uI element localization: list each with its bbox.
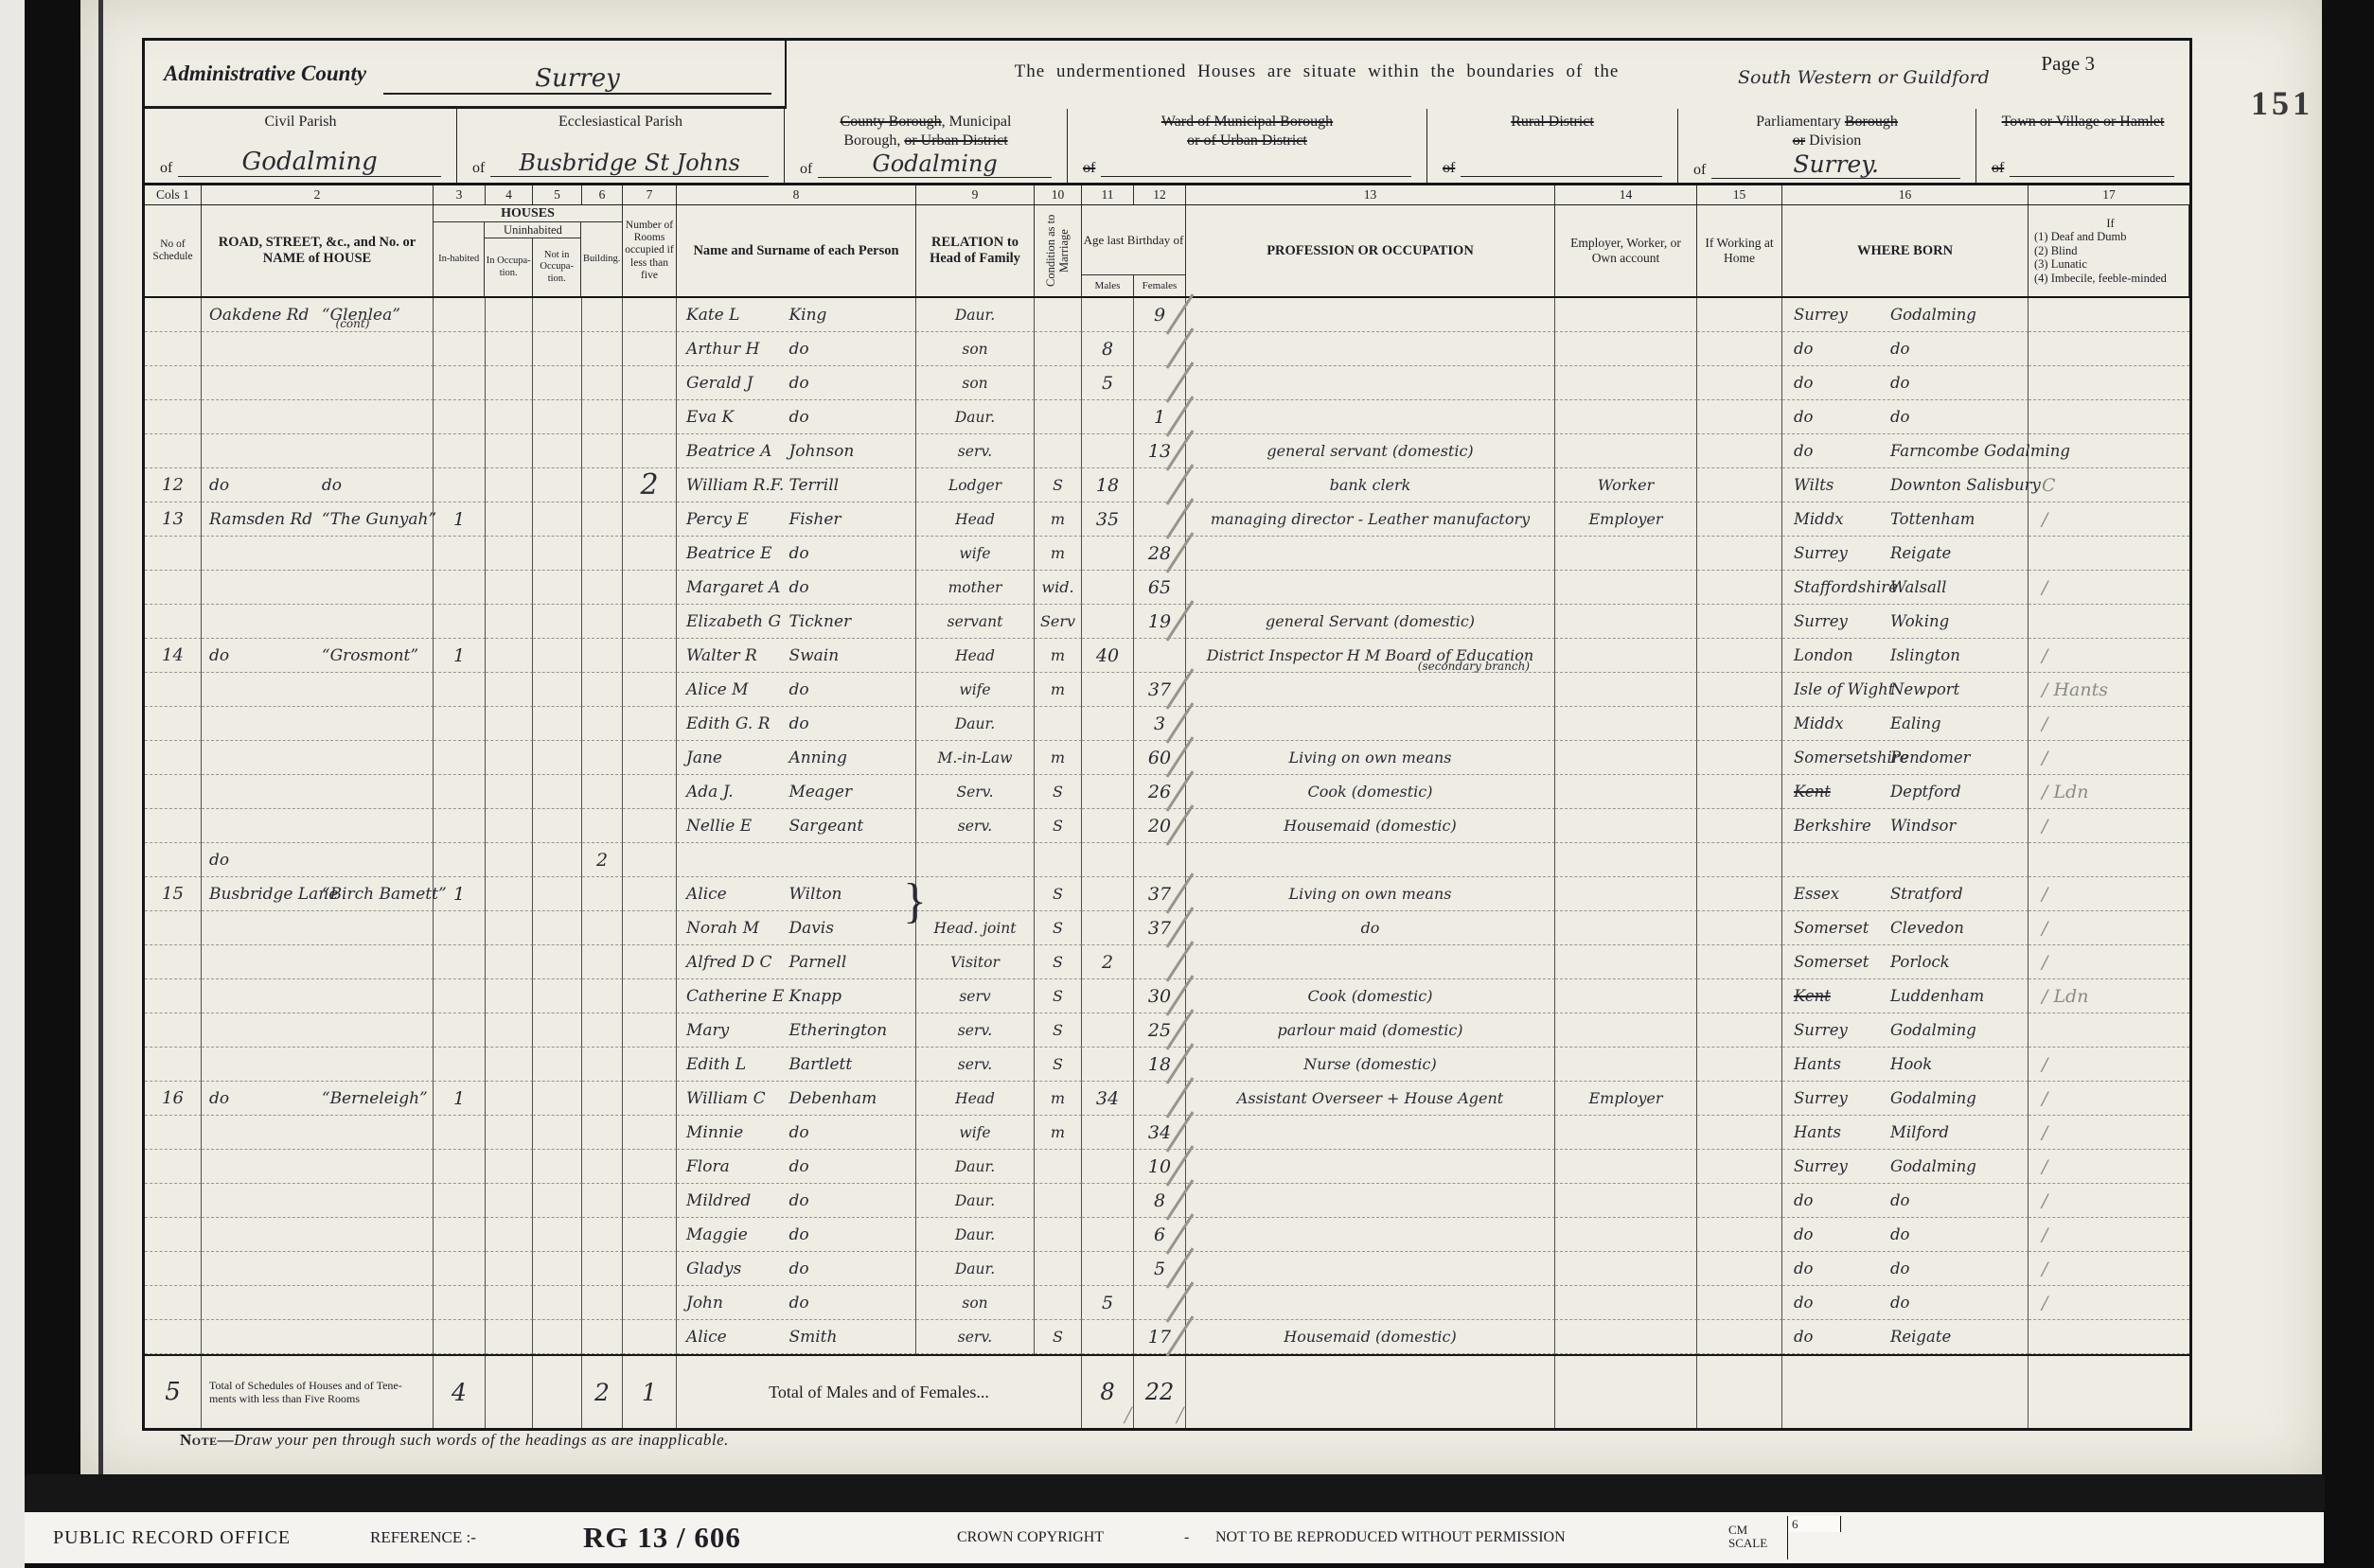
age-male-cell (1082, 537, 1134, 571)
condition-cell (1035, 1218, 1082, 1252)
working-at-home-cell (1697, 468, 1782, 502)
col-number: Cols 1 (145, 185, 202, 204)
header-profession: PROFESSION OR OCCUPATION (1186, 205, 1555, 296)
occupation-cell: Living on own means (1186, 741, 1555, 775)
age-male-cell (1082, 298, 1134, 332)
address-cell (202, 945, 434, 979)
in-occupation-cell (486, 979, 533, 1013)
condition-cell: S (1035, 775, 1082, 809)
working-at-home-cell (1697, 843, 1782, 877)
schedule-cell (145, 1252, 202, 1286)
address-cell (202, 1116, 434, 1150)
borough-label: County Borough, Municipal Borough, or Ur… (790, 113, 1061, 150)
condition-cell: S (1035, 1048, 1082, 1082)
infirmity-cell: / (2029, 1286, 2189, 1320)
not-in-occupation-cell (533, 775, 582, 809)
name-cell: Beatrice Edo} (677, 537, 916, 571)
rooms-cell (623, 366, 677, 400)
schedule-cell (145, 434, 202, 468)
age-male-cell (1082, 673, 1134, 707)
birthplace-cell: SurreyGodalming (1782, 1082, 2029, 1116)
of-word: of (1992, 160, 2004, 177)
borough-value: Godalming (818, 150, 1052, 178)
employer-cell (1555, 1252, 1697, 1286)
rooms-cell (623, 1150, 677, 1184)
in-occupation-cell (486, 1218, 533, 1252)
census-row: 14 do“Grosmont” 1 Walter RSwain} Head m … (145, 639, 2189, 673)
in-occupation-cell (486, 1320, 533, 1354)
address-cell (202, 911, 434, 945)
census-row: Elizabeth GTickner} servant Serv 19 gene… (145, 605, 2189, 639)
census-row: Minniedo} wife m 34 HantsMilford / (145, 1116, 2189, 1150)
name-cell: Catherine EKnapp} (677, 979, 916, 1013)
condition-cell: m (1035, 502, 1082, 537)
birthplace-cell: HantsMilford (1782, 1116, 2029, 1150)
age-female-cell (1134, 639, 1186, 673)
employer-cell (1555, 979, 1697, 1013)
employer-cell (1555, 537, 1697, 571)
census-row: Florado} Daur. 10 SurreyGodalming / (145, 1150, 2189, 1184)
condition-cell (1035, 298, 1082, 332)
town-village-value (2010, 153, 2174, 177)
not-in-occupation-cell (533, 1116, 582, 1150)
building-cell (582, 877, 623, 911)
schedule-cell (145, 979, 202, 1013)
building-cell (582, 298, 623, 332)
totals-males-females-label: Total of Males and of Females... (677, 1356, 1082, 1428)
totals-rooms: 1 (642, 1379, 657, 1406)
name-cell: Maggiedo} (677, 1218, 916, 1252)
working-at-home-cell (1697, 1150, 1782, 1184)
birthplace-cell: SurreyGodalming (1782, 1150, 2029, 1184)
building-cell (582, 775, 623, 809)
address-cell (202, 571, 434, 605)
birthplace-cell: doReigate (1782, 1320, 2029, 1354)
relation-cell: Head (916, 1082, 1035, 1116)
name-cell: Alice Mdo} (677, 673, 916, 707)
census-row: Norah MDavis} Head. joint S 37 do Somers… (145, 911, 2189, 945)
working-at-home-cell (1697, 1218, 1782, 1252)
in-occupation-cell (486, 1252, 533, 1286)
working-at-home-cell (1697, 1013, 1782, 1048)
crown-copyright-label: CROWN COPYRIGHT (957, 1529, 1104, 1546)
of-word: of (1693, 162, 1706, 179)
relation-cell: Visitor (916, 945, 1035, 979)
totals-females: 22 (1145, 1379, 1175, 1405)
condition-cell: m (1035, 673, 1082, 707)
in-occupation-cell (486, 1013, 533, 1048)
building-cell (582, 332, 623, 366)
relation-cell: mother (916, 571, 1035, 605)
census-row: Beatrice AJohnson} serv. 13 general serv… (145, 434, 2189, 468)
relation-cell: serv. (916, 809, 1035, 843)
name-cell: Beatrice AJohnson} (677, 434, 916, 468)
building-cell (582, 741, 623, 775)
rooms-cell (623, 1116, 677, 1150)
employer-cell (1555, 400, 1697, 434)
header-name-surname: Name and Surname of each Person (677, 205, 916, 296)
not-in-occupation-cell (533, 468, 582, 502)
rooms-cell (623, 1013, 677, 1048)
census-row: Catherine EKnapp} serv S 30 Cook (domest… (145, 979, 2189, 1013)
address-cell (202, 537, 434, 571)
age-male-cell: 40 (1082, 639, 1134, 673)
schedule-cell: 12 (145, 468, 202, 502)
relation-cell: servant (916, 605, 1035, 639)
not-in-occupation-cell (533, 571, 582, 605)
infirmity-cell: / (2029, 809, 2189, 843)
header-uninhabited: Uninhabited (485, 222, 580, 238)
in-occupation-cell (486, 332, 533, 366)
building-cell (582, 1048, 623, 1082)
schedule-cell: 16 (145, 1082, 202, 1116)
condition-cell (1035, 1252, 1082, 1286)
reference-label: REFERENCE :- (370, 1528, 476, 1547)
occupation-cell: Housemaid (domestic) (1186, 809, 1555, 843)
rooms-cell (623, 605, 677, 639)
inhabited-cell (434, 707, 486, 741)
name-cell: Edith LBartlett} (677, 1048, 916, 1082)
census-row: Maggiedo} Daur. 6 dodo / (145, 1218, 2189, 1252)
in-occupation-cell (486, 571, 533, 605)
in-occupation-cell (486, 434, 533, 468)
relation-cell: serv (916, 979, 1035, 1013)
address-cell (202, 1218, 434, 1252)
infirmity-cell: / (2029, 1116, 2189, 1150)
occupation-cell (1186, 1184, 1555, 1218)
parliamentary-col: Parliamentary Borough or Division of Sur… (1678, 109, 1976, 183)
pro-reference-bar: PUBLIC RECORD OFFICE REFERENCE :- RG 13 … (25, 1512, 2324, 1563)
building-cell (582, 366, 623, 400)
relation-cell (916, 843, 1035, 877)
header-houses: HOUSES (434, 205, 622, 222)
header-in-occupation: In Occupa-tion. (485, 238, 532, 296)
condition-cell (1035, 707, 1082, 741)
relation-cell: wife (916, 1116, 1035, 1150)
birthplace-cell: HantsHook (1782, 1048, 2029, 1082)
rooms-cell (623, 911, 677, 945)
birthplace-cell: MiddxTottenham (1782, 502, 2029, 537)
occupation-cell (1186, 298, 1555, 332)
working-at-home-cell (1697, 434, 1782, 468)
column-numbers-strip: Cols 1 2 3 4 5 6 7 8 9 10 11 12 13 14 15… (145, 185, 2189, 205)
occupation-cell (1186, 1116, 1555, 1150)
civil-parish-col: Civil Parish of Godalming (145, 109, 457, 183)
occupation-cell (1186, 1150, 1555, 1184)
rooms-cell (623, 537, 677, 571)
relation-cell: serv. (916, 1048, 1035, 1082)
separator-dash: - (1184, 1529, 1189, 1546)
census-row: Eva Kdo} Daur. 1 dodo (145, 400, 2189, 434)
working-at-home-cell (1697, 502, 1782, 537)
building-cell (582, 1150, 623, 1184)
address-cell (202, 809, 434, 843)
inhabited-cell (434, 1218, 486, 1252)
ecclesiastical-parish-label: Ecclesiastical Parish (463, 113, 778, 132)
name-cell: Arthur Hdo} (677, 332, 916, 366)
not-in-occupation-cell (533, 877, 582, 911)
in-occupation-cell (486, 1150, 533, 1184)
occupation-cell (1186, 1218, 1555, 1252)
infirmity-cell: / (2029, 741, 2189, 775)
infirmity-cell: / (2029, 571, 2189, 605)
name-cell: Eva Kdo} (677, 400, 916, 434)
ward-label: Ward of Municipal Borough or of Urban Di… (1073, 113, 1421, 150)
name-cell: Walter RSwain} (677, 639, 916, 673)
civil-parish-value: Godalming (178, 148, 441, 177)
age-male-cell: 35 (1082, 502, 1134, 537)
employer-cell (1555, 809, 1697, 843)
scan-shadow-band (25, 1474, 2325, 1512)
working-at-home-cell (1697, 1116, 1782, 1150)
header-infirmity: If (1) Deaf and Dumb (2) Blind (3) Lunat… (2029, 205, 2189, 296)
condition-cell (1035, 434, 1082, 468)
employer-cell (1555, 945, 1697, 979)
census-row: Nellie ESargeant} serv. S 20 Housemaid (… (145, 809, 2189, 843)
civil-parish-label: Civil Parish (151, 113, 451, 132)
condition-cell (1035, 1184, 1082, 1218)
relation-cell: Daur. (916, 298, 1035, 332)
inhabited-cell (434, 1048, 486, 1082)
in-occupation-cell (486, 298, 533, 332)
building-cell (582, 1116, 623, 1150)
rooms-cell (623, 809, 677, 843)
rural-district-value (1461, 153, 1662, 177)
infirmity-cell (2029, 400, 2189, 434)
inhabited-cell (434, 741, 486, 775)
building-cell (582, 1218, 623, 1252)
rooms-cell (623, 502, 677, 537)
infirmity-cell (2029, 1320, 2189, 1354)
in-occupation-cell (486, 400, 533, 434)
schedule-cell (145, 605, 202, 639)
header-uninhabited-group: Uninhabited In Occupa-tion. Not in Occup… (485, 222, 581, 296)
infirmity-cell: / Ldn (2029, 979, 2189, 1013)
age-male-cell (1082, 1150, 1134, 1184)
in-occupation-cell (486, 1082, 533, 1116)
building-cell (582, 434, 623, 468)
census-row: do 2 } (145, 843, 2189, 877)
infirmity-cell: / (2029, 1184, 2189, 1218)
rooms-cell (623, 877, 677, 911)
infirmity-cell: / (2029, 639, 2189, 673)
relation-cell: serv. (916, 434, 1035, 468)
condition-cell: m (1035, 741, 1082, 775)
in-occupation-cell (486, 468, 533, 502)
inhabited-cell (434, 605, 486, 639)
infirmity-cell: / (2029, 502, 2189, 537)
birthplace-cell: StaffordshireWalsall (1782, 571, 2029, 605)
inhabited-cell: 1 (434, 877, 486, 911)
employer-cell (1555, 775, 1697, 809)
rooms-cell (623, 1184, 677, 1218)
working-at-home-cell (1697, 945, 1782, 979)
schedule-cell (145, 1048, 202, 1082)
in-occupation-cell (486, 605, 533, 639)
census-row: 15 Busbridge Lane“Birch Bamett” 1 AliceW… (145, 877, 2189, 911)
occupation-cell: Cook (domestic) (1186, 775, 1555, 809)
totals-building: 2 (594, 1379, 610, 1406)
working-at-home-cell (1697, 911, 1782, 945)
header-age-group: Age last Birthday of Males Females (1082, 205, 1186, 296)
relation-cell: Head (916, 502, 1035, 537)
in-occupation-cell (486, 843, 533, 877)
rooms-cell (623, 332, 677, 366)
infirmity-cell (2029, 434, 2189, 468)
age-male-cell: 2 (1082, 945, 1134, 979)
schedule-cell (145, 400, 202, 434)
age-male-cell (1082, 775, 1134, 809)
header-condition: Condition as to Marriage (1035, 205, 1082, 296)
census-row: 16 do“Berneleigh” 1 William CDebenham} H… (145, 1082, 2189, 1116)
inhabited-cell (434, 537, 486, 571)
birthplace-cell (1782, 843, 2029, 877)
building-cell (582, 945, 623, 979)
totals-inhabited: 4 (452, 1379, 467, 1406)
name-cell: MaryEtherington} (677, 1013, 916, 1048)
rooms-cell (623, 979, 677, 1013)
employer-cell (1555, 741, 1697, 775)
occupation-cell: Nurse (domestic) (1186, 1048, 1555, 1082)
infirmity-cell: / (2029, 945, 2189, 979)
header-inhabited: In-habited (434, 222, 485, 296)
inhabited-cell (434, 1320, 486, 1354)
employer-cell: Worker (1555, 468, 1697, 502)
col-number: 9 (916, 185, 1035, 204)
schedule-cell: 14 (145, 639, 202, 673)
ruler-cell: 6 (1788, 1516, 1841, 1532)
inhabited-cell (434, 571, 486, 605)
relation-cell: Daur. (916, 707, 1035, 741)
birthplace-cell: SurreyGodalming (1782, 298, 2029, 332)
birthplace-cell: WiltsDownton Salisbury (1782, 468, 2029, 502)
schedule-cell (145, 1013, 202, 1048)
schedule-cell (145, 1150, 202, 1184)
condition-cell: S (1035, 945, 1082, 979)
totals-row: 5 Total of Schedules of Houses and of Te… (145, 1354, 2189, 1428)
building-cell (582, 1252, 623, 1286)
pencil-slash: / (1125, 1401, 1131, 1430)
inhabited-cell (434, 434, 486, 468)
relation-cell: wife (916, 537, 1035, 571)
header-working-at-home: If Working at Home (1697, 205, 1782, 296)
birthplace-cell: dodo (1782, 400, 2029, 434)
age-male-cell (1082, 1048, 1134, 1082)
working-at-home-cell (1697, 1184, 1782, 1218)
name-cell: Gladysdo} (677, 1252, 916, 1286)
not-in-occupation-cell (533, 366, 582, 400)
age-male-cell (1082, 843, 1134, 877)
inhabited-cell (434, 843, 486, 877)
name-cell: Gerald Jdo} (677, 366, 916, 400)
employer-cell (1555, 639, 1697, 673)
birthplace-cell: LondonIslington (1782, 639, 2029, 673)
name-cell: Nellie ESargeant} (677, 809, 916, 843)
birthplace-cell: SurreyWoking (1782, 605, 2029, 639)
working-at-home-cell (1697, 775, 1782, 809)
name-cell: Florado} (677, 1150, 916, 1184)
working-at-home-cell (1697, 400, 1782, 434)
not-in-occupation-cell (533, 502, 582, 537)
occupation-cell (1186, 707, 1555, 741)
address-cell (202, 707, 434, 741)
header-rooms: Number of Rooms occupied if less than fi… (623, 205, 677, 296)
building-cell (582, 468, 623, 502)
birthplace-cell: doFarncombe Godalming (1782, 434, 2029, 468)
cm-ruler: 1 2 3 4 5 6 (1787, 1516, 1788, 1559)
rural-district-label: Rural District (1433, 113, 1672, 132)
address-cell (202, 605, 434, 639)
col-number: 6 (582, 185, 623, 204)
occupation-cell: Cook (domestic) (1186, 979, 1555, 1013)
building-cell (582, 605, 623, 639)
age-male-cell (1082, 707, 1134, 741)
rooms-cell (623, 639, 677, 673)
address-cell (202, 741, 434, 775)
in-occupation-cell (486, 537, 533, 571)
inhabited-cell (434, 979, 486, 1013)
form-parish-band: Civil Parish of Godalming Ecclesiastical… (145, 109, 2189, 185)
age-male-cell: 5 (1082, 366, 1134, 400)
inhabited-cell (434, 945, 486, 979)
in-occupation-cell (486, 1116, 533, 1150)
age-male-cell (1082, 1320, 1134, 1354)
of-word: of (1443, 160, 1455, 177)
schedule-cell: 15 (145, 877, 202, 911)
top-band-right: The undermentioned Houses are situate wi… (787, 41, 2189, 109)
age-male-cell (1082, 911, 1134, 945)
parliamentary-handwritten: South Western or Guildford (1738, 67, 1990, 88)
occupation-cell (1186, 945, 1555, 979)
col-number: 5 (533, 185, 582, 204)
working-at-home-cell (1697, 877, 1782, 911)
birthplace-cell: SomersetClevedon (1782, 911, 2029, 945)
building-cell (582, 673, 623, 707)
borough-col: County Borough, Municipal Borough, or Ur… (785, 109, 1068, 183)
rooms-cell (623, 775, 677, 809)
schedule-cell: 13 (145, 502, 202, 537)
birthplace-cell: Isle of WightNewport (1782, 673, 2029, 707)
working-at-home-cell (1697, 741, 1782, 775)
name-cell: Johndo} (677, 1286, 916, 1320)
inhabited-cell (434, 366, 486, 400)
rooms-cell (623, 673, 677, 707)
address-cell (202, 1048, 434, 1082)
not-in-occupation-cell (533, 1150, 582, 1184)
working-at-home-cell (1697, 707, 1782, 741)
infirmity-cell: / (2029, 1218, 2189, 1252)
employer-cell (1555, 707, 1697, 741)
age-male-cell (1082, 1218, 1134, 1252)
infirmity-cell: / (2029, 877, 2189, 911)
header-not-in-occupation: Not in Occupa-tion. (533, 238, 580, 296)
census-row: Gladysdo} Daur. 5 dodo / (145, 1252, 2189, 1286)
occupation-cell (1186, 1286, 1555, 1320)
employer-cell (1555, 1184, 1697, 1218)
birthplace-cell: SomersetPorlock (1782, 945, 2029, 979)
schedule-cell (145, 571, 202, 605)
employer-cell: Employer (1555, 1082, 1697, 1116)
header-relation: RELATION to Head of Family (916, 205, 1035, 296)
working-at-home-cell (1697, 1286, 1782, 1320)
birthplace-cell: dodo (1782, 332, 2029, 366)
of-word: of (160, 160, 172, 177)
working-at-home-cell (1697, 571, 1782, 605)
in-occupation-cell (486, 877, 533, 911)
joint-head-brace: } (903, 873, 927, 929)
header-houses-group: HOUSES In-habited Uninhabited In Occupa-… (434, 205, 623, 296)
employer-cell (1555, 332, 1697, 366)
